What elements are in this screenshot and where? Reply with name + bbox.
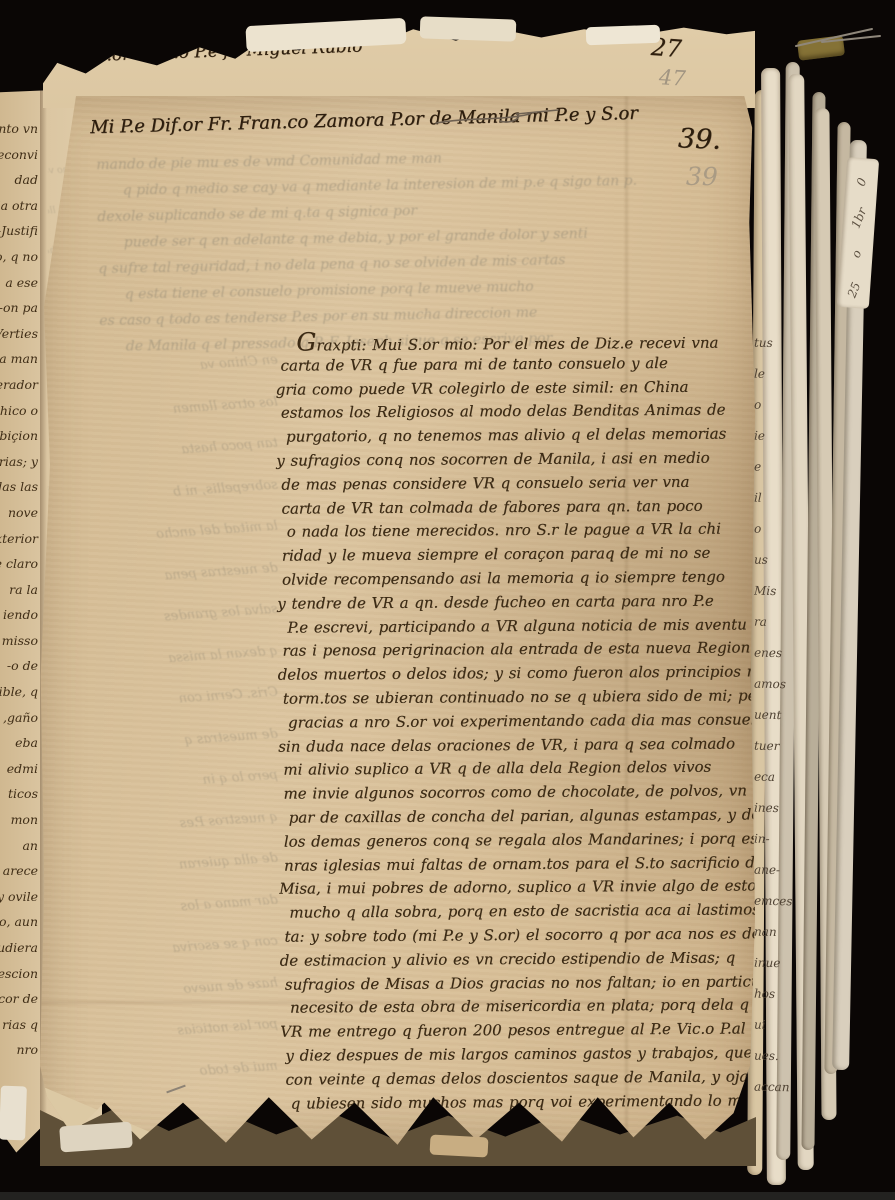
left-edge-text-fragment: eto, q no bbox=[0, 244, 40, 270]
left-edge-text-fragment: la otra bbox=[0, 193, 40, 219]
letter-line: ridad y le mueva siempre el coraçon para… bbox=[282, 542, 752, 569]
letter-line: y diez despues de mis largos caminos gas… bbox=[285, 1041, 755, 1068]
right-tab-text-fragment: 25 bbox=[832, 270, 876, 309]
left-edge-text-fragment: rias; y bbox=[0, 449, 40, 475]
left-edge-text-fragment: nove bbox=[0, 500, 40, 526]
letter-line: q ubiesen sido muchos mas porq voi exper… bbox=[291, 1089, 756, 1116]
left-edge-text-fragment: hibiçion bbox=[0, 423, 40, 449]
left-edge-text-fragment: ra la bbox=[0, 577, 40, 603]
letter-line: delos muertos o delos idos; y si como fu… bbox=[278, 661, 753, 688]
torn-paper-bit bbox=[586, 25, 661, 46]
letter-line: gria como puede VR colegirlo de este sim… bbox=[276, 375, 751, 402]
letter-line: purgatorio, q no tenemos mas alivio q el… bbox=[286, 423, 751, 450]
right-edge-text-fragment: e bbox=[754, 452, 793, 484]
right-edge-text-fragment: us bbox=[754, 545, 793, 577]
torn-paper-bit bbox=[0, 1086, 27, 1141]
letter-line: de mas penas considere VR q consuelo ser… bbox=[281, 470, 751, 497]
left-edge-text-fragment: nro bbox=[0, 1037, 40, 1063]
letter-line: Misa, i mui pobres de adorno, suplico a … bbox=[279, 875, 754, 902]
letter-line: ta: y sobre todo (mi P.e y S.or) el soco… bbox=[284, 922, 754, 949]
left-edge-text-fragment: ible, q bbox=[0, 679, 40, 705]
right-edge-text-fragment: tus bbox=[754, 328, 793, 360]
letter-line: y tendre de VR a qn. desde fucheo en car… bbox=[277, 589, 752, 616]
letter-line: P.e escrevi, participando a VR alguna no… bbox=[287, 613, 752, 640]
letter-line: VR me entrego q fueron 200 pesos entregu… bbox=[280, 1017, 755, 1044]
letter-body: Graxpti: Mui S.or mio: Por el mes de Diz… bbox=[280, 327, 755, 1116]
torn-paper-bit bbox=[420, 16, 517, 41]
left-edge-text-fragment: reconvi- bbox=[0, 142, 40, 168]
letter-line: con veinte q demas delos doscientos saqu… bbox=[285, 1065, 755, 1092]
right-edge-text-fragment: accan bbox=[754, 1072, 793, 1104]
left-edge-text-fragment: dad bbox=[0, 167, 40, 193]
right-edge-text-fragment: amos bbox=[754, 669, 793, 701]
left-edge-text-fragment: todas las bbox=[0, 474, 40, 500]
left-edge-text-fragment: mon bbox=[0, 807, 40, 833]
left-edge-text-fragment: rias q bbox=[0, 1012, 40, 1038]
left-edge-text-fragment: a man bbox=[0, 346, 40, 372]
left-edge-text-fragment: hico o- bbox=[0, 398, 40, 424]
manuscript-photo: tusleoieeilousMisraenesamosuenttuerecain… bbox=[0, 0, 895, 1200]
right-edge-text-fragment: in- bbox=[754, 824, 793, 856]
right-edge-text-fragment: hos bbox=[754, 979, 793, 1011]
left-edge-text-fragment: udiera bbox=[0, 935, 40, 961]
left-edge-text-fragment: escion bbox=[0, 961, 40, 987]
left-edge-text-fragment: nto vn bbox=[0, 116, 40, 142]
right-edge-text-fragment: o bbox=[754, 514, 793, 546]
right-edge-text-fragment: uent bbox=[754, 700, 793, 732]
right-edge-text-fragment: emces bbox=[754, 886, 793, 918]
left-edge-text-fragment: arece bbox=[0, 858, 40, 884]
left-edge-text-fragment: o de- bbox=[0, 653, 40, 679]
left-edge-text-fragment: an bbox=[0, 833, 40, 859]
right-edge-text-fragment: Mis bbox=[754, 576, 793, 608]
right-tab-text-fragment: o bbox=[835, 234, 879, 273]
left-edge-text-fragment: Verties bbox=[0, 321, 40, 347]
letter-line: sufragios de Misas a Dios gracias no nos… bbox=[285, 970, 755, 997]
pencil-folio-47: 47 bbox=[658, 65, 686, 90]
left-edge-text-fragment: Justifi- bbox=[0, 218, 40, 244]
right-edge-text-fragment: ues. bbox=[754, 1041, 793, 1073]
letter-line: mucho q alla sobra, porq en esto de sacr… bbox=[289, 898, 754, 925]
right-edge-text-fragment: il bbox=[754, 483, 793, 515]
left-edge-text-fragment: edmi bbox=[0, 756, 40, 782]
letter-line: sin duda nace delas oraciones de VR, i p… bbox=[278, 732, 753, 759]
left-edge-text-fragment: mperador bbox=[0, 372, 40, 398]
left-edge-text-fragment: xterior bbox=[0, 526, 40, 552]
letter-line: me invie algunos socorros como de chocol… bbox=[283, 779, 753, 806]
letter-line: de estimacion y alivio es vn crecido est… bbox=[280, 946, 755, 973]
right-edge-text-fragment: ra bbox=[754, 607, 793, 639]
letter-line: nras iglesias mui faltas de ornam.tos pa… bbox=[284, 851, 754, 878]
left-edge-text-fragment: gaño, bbox=[0, 705, 40, 731]
right-edge-tab: 01bro25 bbox=[837, 157, 879, 309]
torn-paper-bit bbox=[59, 1122, 133, 1153]
letter-line: gracias a nro S.or voi experimentando ca… bbox=[288, 708, 753, 735]
right-edge-text-fragment: nan bbox=[754, 917, 793, 949]
letter-line: o nada los tiene merecidos. nro S.r le p… bbox=[287, 518, 752, 545]
right-page-edges-text: tusleoieeilousMisraenesamosuenttuerecain… bbox=[754, 328, 792, 1103]
letter-line: olvide recompensando asi la memoria q io… bbox=[282, 565, 752, 592]
ink-showthrough-margin: en Chino valos otros llamentan poco hast… bbox=[92, 346, 278, 1093]
letter-line: Graxpti: Mui S.or mio: Por el mes de Diz… bbox=[296, 327, 750, 354]
pencil-scribble bbox=[792, 22, 884, 54]
photo-bottom-edge bbox=[0, 1192, 895, 1200]
left-page-text: nto vnreconvi-dadla otraJustifi-eto, q n… bbox=[0, 116, 40, 1063]
letter-line: par de caxillas de concha del parian, al… bbox=[289, 803, 754, 830]
letter-line: carta de VR q fue para mi de tanto consu… bbox=[280, 351, 750, 378]
left-edge-text-fragment: ticos bbox=[0, 781, 40, 807]
pencil-flourish bbox=[430, 106, 565, 130]
right-edge-text-fragment: ie bbox=[754, 421, 793, 453]
letter-line: estamos los Religiosos al modo delas Ben… bbox=[281, 399, 751, 426]
letter-line: ras i penosa perigrinacion ala entrada d… bbox=[282, 637, 752, 664]
letter-line: necesito de esta obra de misericordia en… bbox=[290, 994, 755, 1021]
left-edge-text-fragment: a ese bbox=[0, 270, 40, 296]
torn-paper-bit bbox=[430, 1134, 489, 1157]
right-edge-text-fragment: tuer bbox=[754, 731, 793, 763]
right-edge-text-fragment: ui bbox=[754, 1010, 793, 1042]
right-edge-text-fragment: eca bbox=[754, 762, 793, 794]
left-edge-text-fragment: on pa- bbox=[0, 295, 40, 321]
left-edge-text-fragment: iendo bbox=[0, 602, 40, 628]
left-edge-text-fragment: eba bbox=[0, 730, 40, 756]
right-edge-text-fragment: inue bbox=[754, 948, 793, 980]
right-tab-text: 01bro25 bbox=[839, 163, 877, 309]
left-edge-text-fragment: ve claro bbox=[0, 551, 40, 577]
left-edge-text-fragment: misso bbox=[0, 628, 40, 654]
letter-page: Mi P.e Dif.or Fr. Fran.co Zamora P.or de… bbox=[40, 96, 755, 1150]
right-tab-text-fragment: 1br bbox=[837, 198, 881, 237]
letter-line: carta de VR tan colmada de fabores para … bbox=[281, 494, 751, 521]
right-edge-text-fragment: ane- bbox=[754, 855, 793, 887]
letter-line: torm.tos se ubieran continuado no se q u… bbox=[283, 684, 753, 711]
right-tab-text-fragment: 0 bbox=[840, 162, 884, 201]
letter-line: y sufragios conq nos socorren de Manila,… bbox=[276, 446, 751, 473]
right-edge-text-fragment: o bbox=[754, 390, 793, 422]
right-edge-text-fragment: enes bbox=[754, 638, 793, 670]
right-edge-text-fragment: le bbox=[754, 359, 793, 391]
letter-line: los demas generos conq se regala alos Ma… bbox=[284, 827, 754, 854]
left-edge-text-fragment: lo, aun bbox=[0, 909, 40, 935]
left-edge-text-fragment: y ovile bbox=[0, 884, 40, 910]
left-edge-text-fragment: cor de bbox=[0, 986, 40, 1012]
letter-line: mi alivio suplico a VR q de alla dela Re… bbox=[283, 756, 753, 783]
right-edge-text-fragment: ines bbox=[754, 793, 793, 825]
